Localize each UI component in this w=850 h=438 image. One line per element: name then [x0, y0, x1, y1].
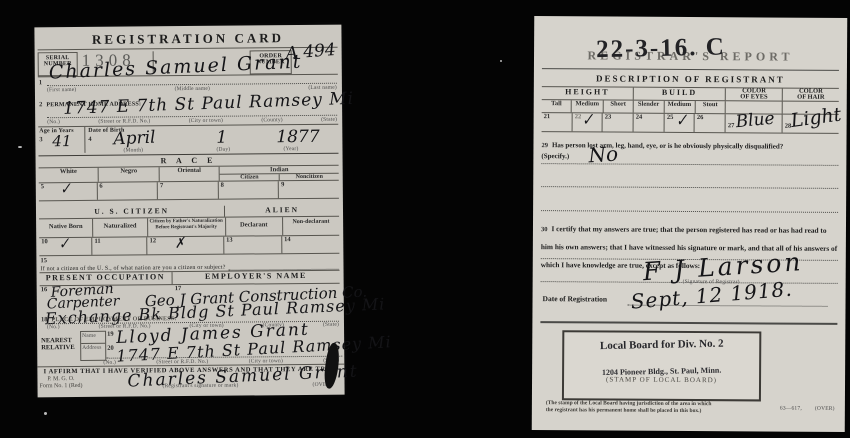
checkmark: ✓: [582, 109, 596, 130]
race-header-row: White Negro Oriental Indian Citizen Nonc…: [39, 165, 339, 183]
eyes-title: COLOR OF EYES: [726, 88, 783, 100]
race-indian-group: Indian Citizen Noncitizen: [220, 166, 339, 181]
citizen-cell-native-born: 10 ✓: [39, 238, 92, 255]
scanned-document-background: REGISTRATION CARD SERIAL NUMBER 1308 ORD…: [0, 0, 850, 438]
citizenship-table: U. S. CITIZEN ALIEN Native Born Naturali…: [39, 205, 339, 257]
dob-day-handwriting: 1: [216, 128, 227, 148]
citizen-cell-father: 12 ✗: [148, 237, 225, 255]
divider: [84, 127, 85, 153]
rule: [542, 68, 839, 71]
dotted-line: [541, 186, 838, 189]
race-table: R A C E White Negro Oriental Indian Citi…: [39, 153, 339, 202]
nearest-relative-label: NEAREST RELATIVE: [41, 337, 75, 351]
relative-field-labels: Name Address: [80, 331, 106, 361]
date-of-registration-label: Date of Registration: [543, 294, 608, 303]
signature-caption: (Registrant's signature or mark): [163, 383, 239, 390]
question-29: 29 Has person lost arm, leg, hand, eye, …: [541, 134, 838, 162]
build-medium-cell: 25 ✓: [665, 114, 695, 132]
stamp-box-caption: (The stamp of the Local Board having jur…: [546, 400, 766, 414]
registrars-report-back: REGISTRAR'S REPORT 22-3-16. C DESCRIPTIO…: [532, 16, 848, 432]
checkmark: ✓: [59, 234, 72, 253]
eye-color-handwriting: Blue: [735, 109, 776, 133]
race-number-row: 5 ✓ 6 7 8 9: [39, 180, 339, 202]
height-medium-cell: 22 ✓: [573, 113, 603, 131]
form-code: 63—617,: [780, 406, 802, 412]
dob-year-handwriting: 1877: [276, 127, 319, 147]
dotted-line: [541, 163, 838, 166]
local-board-line1: Local Board for Div. No. 2: [564, 337, 759, 353]
over-label: (OVER): [815, 406, 835, 412]
scan-artifact: [18, 146, 22, 148]
description-title-row: HEIGHT BUILD COLOR OF EYES COLOR OF HAIR: [542, 86, 839, 101]
hair-cell: 28 Light: [783, 115, 839, 133]
checkmark: ✓: [676, 109, 690, 130]
dob-month-handwriting: April: [113, 128, 156, 150]
hair-title: COLOR OF HAIR: [783, 89, 839, 101]
date-stamp: 22-3-16. C: [596, 34, 726, 65]
eyes-cell: 27 Blue: [726, 114, 783, 132]
description-title: DESCRIPTION OF REGISTRANT: [534, 73, 847, 85]
description-number-row: 21 22 ✓ 23 24 25 ✓ 26 27: [542, 112, 839, 134]
nearest-relative-block: NEAREST RELATIVE Name Address 19 Lloyd J…: [40, 329, 340, 360]
registration-card-front: REGISTRATION CARD SERIAL NUMBER 1308 ORD…: [34, 25, 344, 398]
form-number: P. M. G. O. Form No. 1 (Red): [39, 376, 82, 390]
dotted-line: [541, 210, 838, 213]
cross-mark: ✗: [175, 235, 187, 253]
age-value-handwriting: 41: [52, 132, 71, 150]
scan-artifact: [500, 60, 502, 62]
citizenship-header-row: Native Born Naturalized Citizen by Fathe…: [39, 216, 339, 238]
race-cell-white: 5 ✓: [39, 183, 98, 201]
checkmark: ✓: [60, 179, 73, 198]
rule: [540, 321, 837, 324]
description-table: HEIGHT BUILD COLOR OF EYES COLOR OF HAIR…: [542, 86, 839, 134]
local-board-stamp-box: Local Board for Div. No. 2 1204 Pioneer …: [562, 330, 761, 401]
citizenship-number-row: 10 ✓ 11 12 ✗ 13 14: [39, 235, 339, 257]
scan-artifact: [44, 412, 47, 415]
age-dob-row: Age in Years 3 41 Date of Birth 4 April …: [38, 124, 338, 154]
field-number-1: 1: [39, 79, 42, 86]
